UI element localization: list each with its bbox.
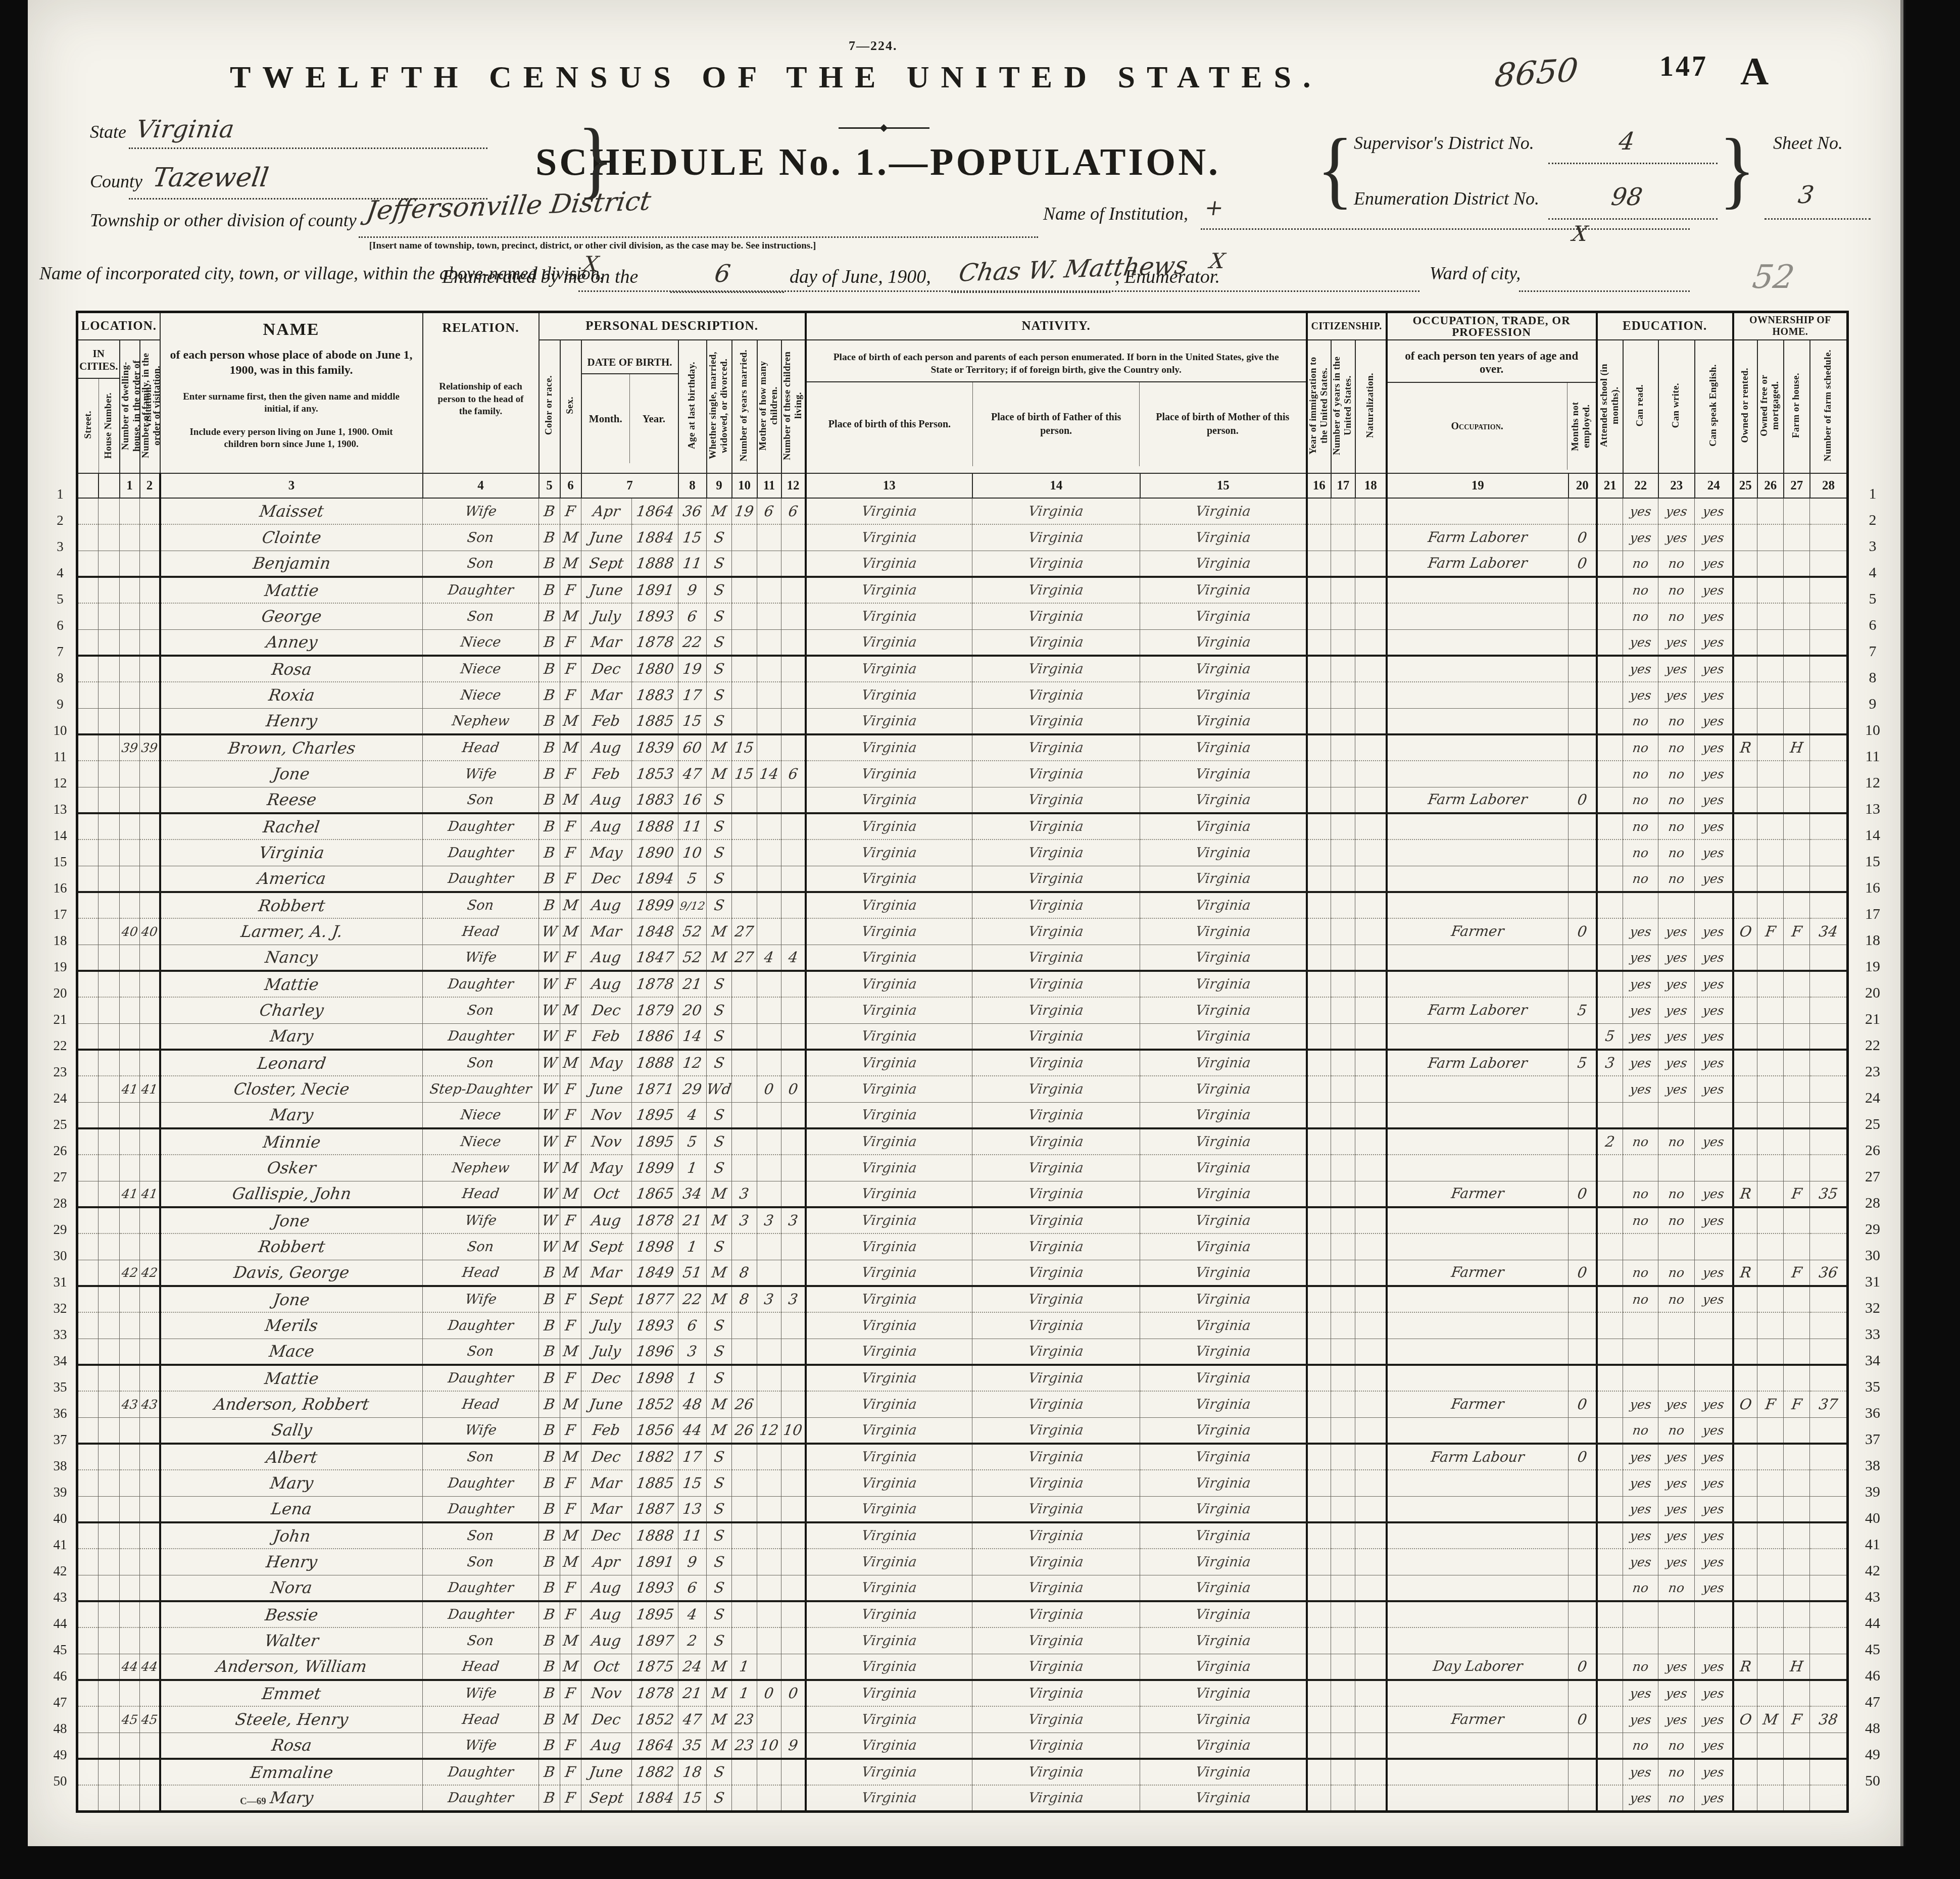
row-number: 43 [46,1584,74,1610]
cell-owned-rented [1733,524,1757,551]
cell-years-us [1331,1076,1355,1102]
cell-children-living [781,577,806,603]
cell-birthplace-mother: Virginia [1140,1312,1307,1339]
cell-birthplace-father: Virginia [972,971,1140,997]
cell-family [140,1680,160,1706]
cell-dwelling: 45 [120,1706,140,1733]
cell-years-married [732,1601,757,1627]
cell-owned-rented [1733,603,1757,629]
cell-month: Mar [581,1260,632,1286]
row-number: 43 [1852,1584,1893,1610]
cell-immigration [1307,524,1331,551]
cell-street [77,1706,99,1733]
cell-farm-or-house [1784,682,1810,708]
cell-color: W [539,1076,560,1102]
cell-children-living: 6 [781,761,806,787]
cell-dwelling [120,1155,140,1181]
enumeration-district-label: Enumeration District No. [1354,188,1539,209]
row-number: 11 [46,744,74,770]
cell-can-speak-english: yes [1695,1470,1733,1496]
cell-naturalization [1355,524,1387,551]
cell-can-read [1623,1365,1658,1391]
cell-sex: F [560,498,581,524]
cell-can-speak-english: yes [1695,787,1733,813]
cell-years-married [732,682,757,708]
cell-can-write: no [1658,1181,1695,1207]
cell-birthplace-mother: Virginia [1140,1522,1307,1549]
cell-owned-free-mortgaged [1757,1181,1784,1207]
cell-mother-of [757,551,781,577]
cell-birthplace-father: Virginia [972,1706,1140,1733]
cell-months-not-employed: 0 [1569,1444,1597,1470]
nativity-subheader: Place of birth of each person and parent… [806,340,1307,473]
cell-marital: S [707,1312,732,1339]
cell-naturalization [1355,1549,1387,1575]
cell-birthplace-mother: Virginia [1140,1128,1307,1155]
cell-dwelling [120,892,140,918]
cell-year: 1848 [632,918,678,945]
cell-children-living [781,682,806,708]
cell-can-speak-english: yes [1695,1785,1733,1811]
cell-month: June [581,1391,632,1417]
cell-relation: Wife [423,1417,539,1444]
table-row: ClointeSonBMJune188415SVirginiaVirginiaV… [77,524,1848,551]
row-number: 31 [1852,1269,1893,1295]
cell-name: Emmaline [160,1759,423,1785]
cell-farm-or-house [1784,839,1810,866]
cell-month: Apr [581,498,632,524]
group-occupation: OCCUPATION, TRADE, OR PROFESSION [1387,312,1597,340]
cell-birthplace-father: Virginia [972,839,1140,866]
cell-children-living [781,1785,806,1811]
cell-dwelling [120,1444,140,1470]
cell-house [99,1076,120,1102]
cell-house [99,866,120,892]
cell-birthplace-mother: Virginia [1140,682,1307,708]
cell-house [99,1312,120,1339]
cell-owned-rented [1733,682,1757,708]
cell-mother-of [757,1339,781,1365]
cell-house [99,1522,120,1549]
cell-farm-or-house [1784,708,1810,734]
cell-farm-or-house [1784,1733,1810,1759]
cell-naturalization [1355,1785,1387,1811]
cell-can-write: no [1658,1128,1695,1155]
cell-occupation [1387,1522,1569,1549]
cell-owned-free-mortgaged [1757,734,1784,761]
cell-month: Feb [581,1023,632,1050]
cell-naturalization [1355,866,1387,892]
cell-farm-or-house: F [1784,918,1810,945]
cell-months-not-employed [1569,1575,1597,1601]
cell-name: Jone [160,1207,423,1233]
cell-farm-schedule [1810,1627,1848,1654]
cell-birthplace-mother: Virginia [1140,1050,1307,1076]
cell-years-married: 3 [732,1207,757,1233]
cell-owned-rented [1733,1496,1757,1522]
cell-attended-school [1597,1286,1623,1312]
cell-years-married [732,1470,757,1496]
ward-line [1519,290,1690,292]
cell-occupation [1387,1759,1569,1785]
cell-can-write [1658,1627,1695,1654]
cell-year: 1875 [632,1654,678,1680]
table-row: NoraDaughterBFAug18936SVirginiaVirginiaV… [77,1575,1848,1601]
cell-family [140,1417,160,1444]
cell-birthplace-mother: Virginia [1140,1391,1307,1417]
cell-birthplace-mother: Virginia [1140,577,1307,603]
cell-house [99,1706,120,1733]
cell-owned-rented [1733,1601,1757,1627]
cell-year: 1895 [632,1102,678,1128]
cell-mother-of [757,1549,781,1575]
cell-children-living [781,629,806,656]
table-row: MattieDaughterBFJune18919SVirginiaVirgin… [77,577,1848,603]
cell-months-not-employed [1569,1522,1597,1549]
cell-can-write: no [1658,1207,1695,1233]
cell-dwelling [120,866,140,892]
cell-birthplace-mother: Virginia [1140,1417,1307,1444]
cell-months-not-employed: 0 [1569,524,1597,551]
cell-dwelling [120,577,140,603]
name-desc: of each person whose place of abode on J… [170,348,413,378]
group-education: EDUCATION. [1597,312,1733,340]
cell-family [140,577,160,603]
row-number: 26 [1852,1138,1893,1164]
cell-marital: M [707,1417,732,1444]
enumerated-suffix: , Enumerator. [1115,266,1220,288]
cell-marital: S [707,839,732,866]
row-number: 21 [46,1006,74,1032]
cell-attended-school [1597,1260,1623,1286]
cell-color: B [539,839,560,866]
row-number: 5 [1852,586,1893,612]
cell-sex: M [560,1181,581,1207]
cell-house [99,971,120,997]
cell-birthplace-father: Virginia [972,945,1140,971]
row-number: 46 [46,1663,74,1689]
cell-years-us [1331,1549,1355,1575]
cell-marital: S [707,551,732,577]
cell-dwelling [120,656,140,682]
cell-relation: Head [423,1181,539,1207]
cell-birthplace-father: Virginia [972,1601,1140,1627]
cell-color: B [539,1706,560,1733]
cell-birthplace-father: Virginia [972,656,1140,682]
cell-years-us [1331,866,1355,892]
cell-years-married [732,866,757,892]
cell-relation: Son [423,1339,539,1365]
cell-sex: F [560,839,581,866]
cell-can-write: yes [1658,498,1695,524]
cell-relation: Wife [423,1286,539,1312]
cell-years-us [1331,1260,1355,1286]
row-number: 6 [46,612,74,638]
cell-birthplace-mother: Virginia [1140,1627,1307,1654]
cell-family [140,971,160,997]
cell-sex: M [560,551,581,577]
cell-birthplace-mother: Virginia [1140,734,1307,761]
cell-can-read [1623,1155,1658,1181]
cell-farm-schedule [1810,1050,1848,1076]
cell-month: Nov [581,1128,632,1155]
cell-can-read: yes [1623,1706,1658,1733]
cell-owned-free-mortgaged [1757,1312,1784,1339]
cell-color: B [539,1496,560,1522]
cell-year: 1897 [632,1627,678,1654]
cell-age: 15 [678,708,707,734]
cell-can-speak-english [1695,1233,1733,1260]
cell-birthplace: Virginia [806,1260,972,1286]
cell-attended-school [1597,761,1623,787]
cell-children-living [781,1365,806,1391]
row-number: 25 [46,1111,74,1138]
cell-family [140,1365,160,1391]
cell-naturalization [1355,1339,1387,1365]
cell-can-write: no [1658,577,1695,603]
row-number: 7 [46,638,74,665]
cell-immigration [1307,1339,1331,1365]
cell-immigration [1307,1496,1331,1522]
group-relation: RELATION. Relationship of each person to… [423,312,539,474]
cell-can-read: yes [1623,1076,1658,1102]
cell-years-us [1331,577,1355,603]
cell-years-us [1331,1365,1355,1391]
cell-marital: S [707,1575,732,1601]
occupation-title: OCCUPATION, TRADE, OR PROFESSION [1388,315,1596,338]
cell-street [77,1627,99,1654]
cell-months-not-employed: 0 [1569,1260,1597,1286]
cell-house [99,1102,120,1128]
cell-birthplace-father: Virginia [972,734,1140,761]
row-number: 16 [46,875,74,901]
cell-color: B [539,708,560,734]
cell-owned-free-mortgaged [1757,1759,1784,1785]
table-row: MerilsDaughterBFJuly18936SVirginiaVirgin… [77,1312,1848,1339]
cell-immigration [1307,1575,1331,1601]
cell-farm-schedule: 34 [1810,918,1848,945]
cell-mother-of [757,682,781,708]
column-number: 13 [806,473,972,498]
row-number: 4 [46,560,74,586]
cell-name: Anderson, Robbert [160,1391,423,1417]
cell-farm-schedule [1810,1023,1848,1050]
cell-family [140,1023,160,1050]
row-number: 29 [1852,1216,1893,1243]
cell-mother-of [757,1759,781,1785]
birthplace-person-header: Place of birth of this Person. [807,418,973,431]
cell-relation: Head [423,1654,539,1680]
cell-name: Closter, Necie [160,1076,423,1102]
cell-mother-of [757,734,781,761]
cell-dwelling [120,1023,140,1050]
cell-relation: Daughter [423,813,539,839]
cell-name: Anderson, William [160,1654,423,1680]
cell-street [77,1207,99,1233]
cell-color: B [539,1549,560,1575]
cell-can-read: yes [1623,971,1658,997]
cell-year: 1895 [632,1601,678,1627]
cell-farm-or-house: H [1784,734,1810,761]
cell-naturalization [1355,551,1387,577]
cell-age: 51 [678,1260,707,1286]
cell-relation: Son [423,1050,539,1076]
cell-birthplace-father: Virginia [972,761,1140,787]
cell-year: 1888 [632,813,678,839]
cell-months-not-employed [1569,892,1597,918]
table-row: MattieDaughterBFDec18981SVirginiaVirgini… [77,1365,1848,1391]
cell-year: 1852 [632,1706,678,1733]
row-number: 30 [1852,1243,1893,1269]
cell-mother-of [757,1102,781,1128]
relation-desc: Relationship of each person to the head … [430,381,531,418]
cell-immigration [1307,787,1331,813]
cell-family: 41 [140,1076,160,1102]
cell-birthplace: Virginia [806,971,972,997]
cell-occupation: Farm Laborer [1387,997,1569,1023]
cell-age: 52 [678,918,707,945]
cell-occupation [1387,603,1569,629]
cell-family [140,1155,160,1181]
cell-month: Dec [581,1365,632,1391]
cell-years-married [732,603,757,629]
cell-years-us [1331,1050,1355,1076]
cell-mother-of [757,1470,781,1496]
cell-naturalization [1355,1233,1387,1260]
row-number: 19 [46,954,74,980]
cell-can-speak-english: yes [1695,1417,1733,1444]
cell-house [99,761,120,787]
cell-birthplace: Virginia [806,551,972,577]
cell-sex: F [560,1470,581,1496]
cell-attended-school [1597,1627,1623,1654]
cell-naturalization [1355,761,1387,787]
cell-immigration [1307,1417,1331,1444]
can-read-header: Can read. [1623,340,1658,473]
cell-farm-schedule [1810,1312,1848,1339]
cell-year: 1890 [632,839,678,866]
cell-can-speak-english: yes [1695,1759,1733,1785]
right-row-numbers: 1234567891011121314151617181920212223242… [1852,481,1893,1794]
cell-relation: Son [423,892,539,918]
cell-birthplace: Virginia [806,1076,972,1102]
cell-attended-school [1597,945,1623,971]
cell-dwelling [120,1549,140,1575]
table-row: OskerNephewWMMay18991SVirginiaVirginiaVi… [77,1155,1848,1181]
cell-birthplace-father: Virginia [972,1076,1140,1102]
cell-year: 1878 [632,1680,678,1706]
cell-months-not-employed [1569,1102,1597,1128]
cell-month: Sept [581,551,632,577]
cell-relation: Son [423,1627,539,1654]
cell-children-living [781,787,806,813]
cell-years-us [1331,839,1355,866]
month-header: Month. [582,413,630,425]
cell-house [99,498,120,524]
cell-name: Nora [160,1575,423,1601]
cell-street [77,1733,99,1759]
cell-owned-free-mortgaged [1757,1207,1784,1233]
cell-can-read: no [1623,839,1658,866]
cell-attended-school: 2 [1597,1128,1623,1155]
stamp-number: 147 [1659,51,1708,83]
cell-sex: M [560,1339,581,1365]
cell-years-married: 26 [732,1417,757,1444]
cell-house [99,1759,120,1785]
cell-children-living: 10 [781,1417,806,1444]
cell-sex: M [560,1654,581,1680]
cell-name: Emmet [160,1680,423,1706]
cell-can-write: no [1658,1759,1695,1785]
county-label: County [90,171,142,192]
row-number: 18 [46,927,74,954]
cell-children-living [781,1470,806,1496]
cell-birthplace: Virginia [806,1102,972,1128]
cell-family: 40 [140,918,160,945]
cell-children-living [781,1759,806,1785]
cell-color: B [539,787,560,813]
cell-color: B [539,1575,560,1601]
cell-family: 41 [140,1181,160,1207]
cell-year: 1882 [632,1759,678,1785]
cell-farm-or-house [1784,1601,1810,1627]
cell-marital: S [707,1759,732,1785]
cell-attended-school [1597,551,1623,577]
cell-relation: Daughter [423,866,539,892]
cell-family [140,1233,160,1260]
cell-farm-schedule [1810,603,1848,629]
cell-birthplace-father: Virginia [972,1522,1140,1549]
cell-children-living [781,1339,806,1365]
cell-naturalization [1355,1076,1387,1102]
cell-dwelling [120,1050,140,1076]
cell-name: Henry [160,1549,423,1575]
cell-month: Aug [581,1733,632,1759]
cell-color: W [539,1207,560,1233]
table-row: HenryNephewBMFeb188515SVirginiaVirginiaV… [77,708,1848,734]
cell-name: Clointe [160,524,423,551]
cell-owned-free-mortgaged [1757,1233,1784,1260]
cell-farm-schedule [1810,1076,1848,1102]
row-number: 17 [46,901,74,927]
cell-farm-or-house [1784,997,1810,1023]
cell-owned-rented [1733,1417,1757,1444]
cell-birthplace-father: Virginia [972,1102,1140,1128]
table-row: RosaWifeBFAug186435M23109VirginiaVirgini… [77,1733,1848,1759]
row-number: 39 [46,1479,74,1505]
cell-years-married [732,1339,757,1365]
cell-naturalization [1355,1470,1387,1496]
cell-owned-free-mortgaged [1757,1365,1784,1391]
cell-can-write: yes [1658,1654,1695,1680]
cell-attended-school [1597,813,1623,839]
cell-can-read: yes [1623,656,1658,682]
cell-attended-school [1597,971,1623,997]
cell-name: Nancy [160,945,423,971]
cell-birthplace: Virginia [806,656,972,682]
cell-birthplace: Virginia [806,761,972,787]
cell-month: Mar [581,1470,632,1496]
cell-can-read: no [1623,866,1658,892]
cell-farm-or-house [1784,1050,1810,1076]
row-number: 32 [1852,1295,1893,1321]
cell-can-read [1623,1601,1658,1627]
cell-mother-of [757,1155,781,1181]
cell-farm-or-house [1784,1286,1810,1312]
cell-age: 17 [678,1444,707,1470]
cell-dwelling [120,1680,140,1706]
cell-farm-schedule: 37 [1810,1391,1848,1417]
